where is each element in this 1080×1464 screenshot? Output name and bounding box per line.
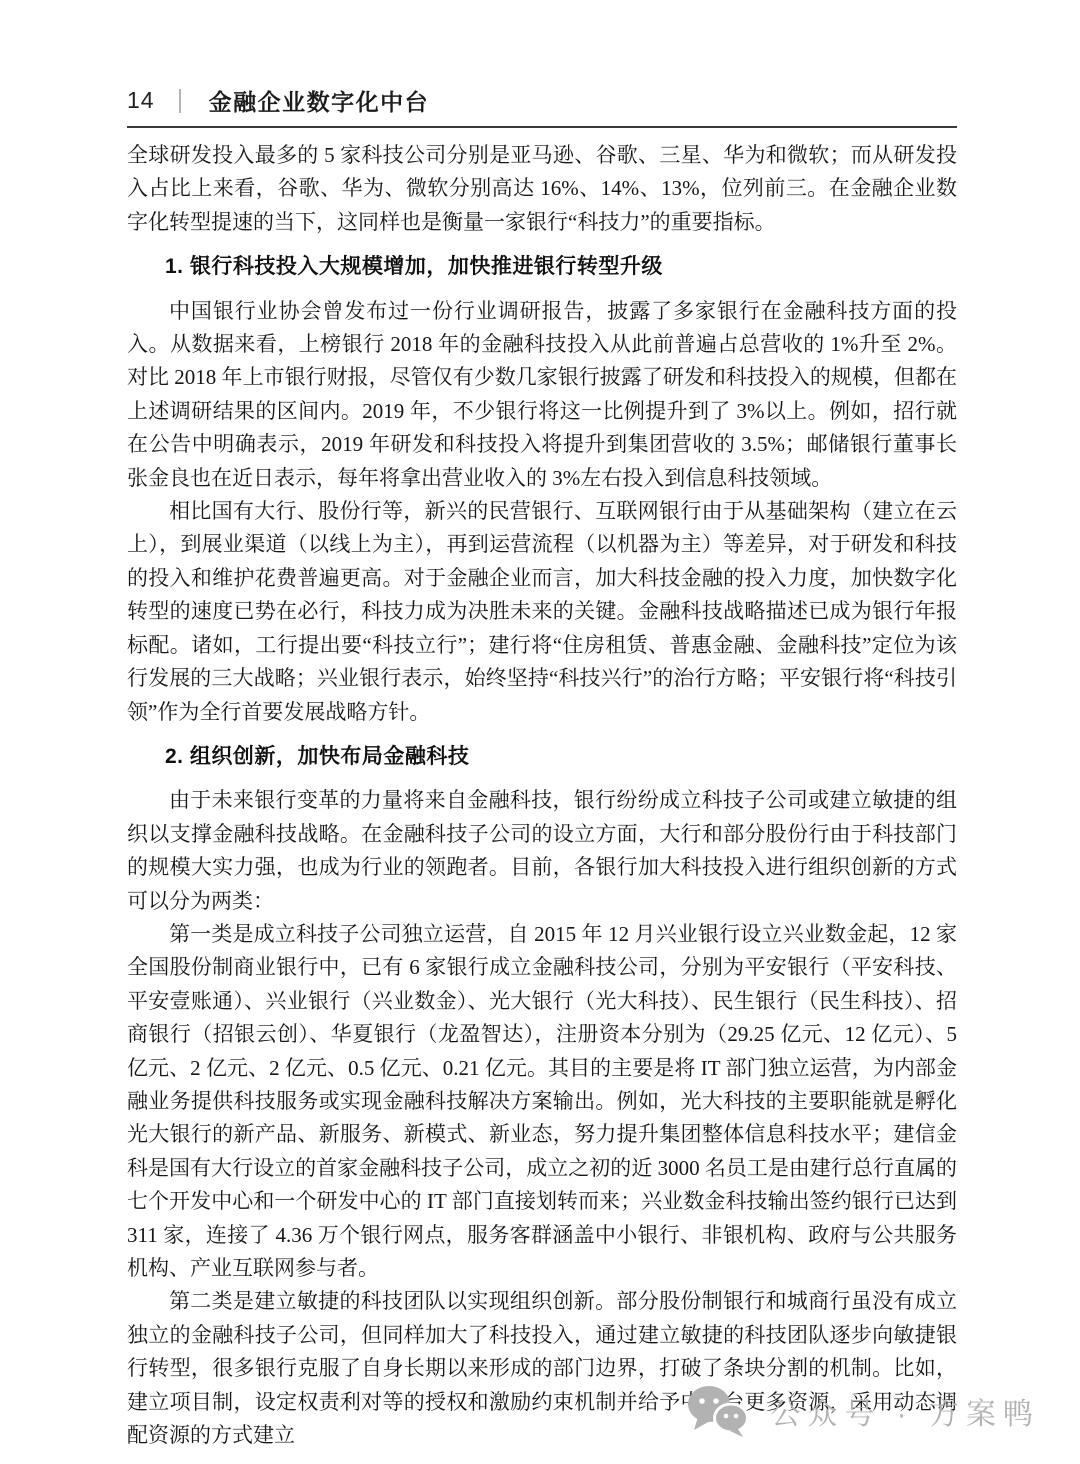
- section-heading-1: 1. 银行科技投入大规模增加，加快推进银行转型升级: [165, 250, 957, 283]
- watermark: 公众号 · 方案鸭: [686, 1384, 1040, 1438]
- page-number: 14: [127, 87, 155, 114]
- paragraph-survey-report: 中国银行业协会曾发布过一份行业调研报告，披露了多家银行在金融科技方面的投入。从数…: [127, 295, 957, 495]
- book-page: 14 金融企业数字化中台 全球研发投入最多的 5 家科技公司分别是亚马逊、谷歌、…: [0, 0, 1080, 1464]
- paragraph-bank-strategy: 相比国有大行、股份行等，新兴的民营银行、互联网银行由于从基础架构（建立在云上），…: [127, 495, 957, 729]
- page-header: 14 金融企业数字化中台: [127, 84, 957, 128]
- running-title: 金融企业数字化中台: [209, 84, 430, 117]
- page-body: 全球研发投入最多的 5 家科技公司分别是亚马逊、谷歌、三星、华为和微软；而从研发…: [127, 139, 957, 1452]
- paragraph-org-innovation: 由于未来银行变革的力量将来自金融科技，银行纷纷成立科技子公司或建立敏捷的组织以支…: [127, 784, 957, 918]
- paragraph-global-rd: 全球研发投入最多的 5 家科技公司分别是亚马逊、谷歌、三星、华为和微软；而从研发…: [127, 139, 957, 239]
- watermark-text: 公众号 · 方案鸭: [770, 1389, 1040, 1433]
- wechat-icon: [686, 1384, 750, 1438]
- header-separator: [179, 89, 181, 113]
- section-heading-2: 2. 组织创新，加快布局金融科技: [165, 740, 957, 773]
- paragraph-first-type: 第一类是成立科技子公司独立运营，自 2015 年 12 月兴业银行设立兴业数金起…: [127, 918, 957, 1285]
